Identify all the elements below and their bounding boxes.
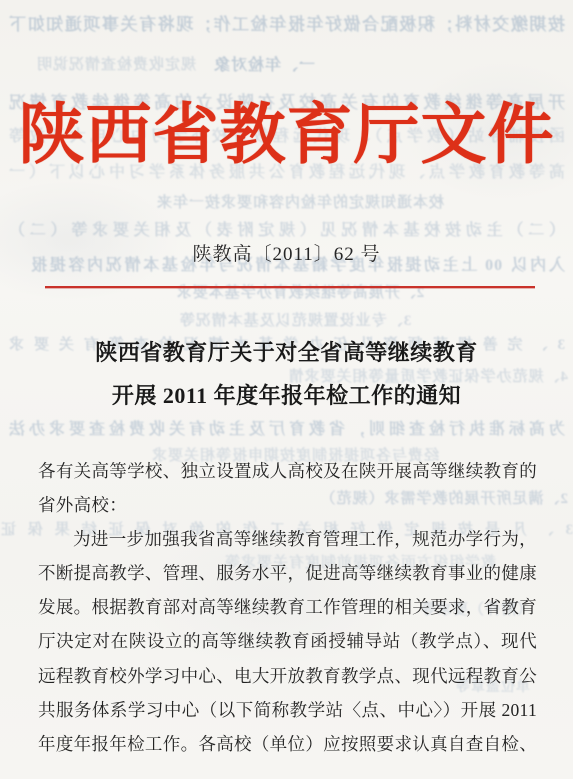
subject-title-line2: 开展 2011 年度年报年检工作的通知 <box>0 379 573 410</box>
body-line: 不断提高教学、管理、服务水平，促进高等继续教育事业的健康 <box>38 556 537 590</box>
document-body: 各有关高等学校、独立设置成人高校及在陕开展高等继续教育的 省外高校： 为进一步加… <box>38 454 537 761</box>
body-line: 年度年报年检工作。各高校（单位）应按照要求认真自查自检、 <box>38 727 537 761</box>
bleed-through-line: 一、年检对象 <box>208 52 320 75</box>
letterhead-title: 陕西省教育厅文件 <box>0 100 573 173</box>
body-line: 厅决定对在陕设立的高等继续教育函授辅导站（教学点）、现代 <box>38 624 537 658</box>
subject-title-line1: 陕西省教育厅关于对全省高等继续教育 <box>0 336 573 367</box>
document-number: 陕教高〔2011〕62 号 <box>0 239 573 266</box>
document-page: 按期缴交材料；积极配合做好年报年检工作；现将有关事项通知如下 规定收费检查情况说… <box>0 0 573 779</box>
bleed-through-line: 2、开展高等继续教育办学基本要求 <box>155 281 445 302</box>
body-line: 发展。根据教育部对高等继续教育工作管理的相关要求，省教育 <box>38 590 537 624</box>
bleed-through-line: （二）主动按校基本情况见（规定附表）及相关要求等（二） <box>8 217 565 240</box>
bleed-through-line: 为高标准执行检查细则，省教育厅及主动有关收费检查要求办法 <box>8 416 565 439</box>
body-line-salutation-2: 省外高校： <box>38 488 537 522</box>
bleed-through-line: 3、专业设置规范以及基本情况等 <box>130 309 460 330</box>
red-divider-rule <box>45 286 535 288</box>
body-line: 为进一步加强我省高等继续教育管理工作，规范办学行为， <box>38 522 537 556</box>
body-line-salutation-1: 各有关高等学校、独立设置成人高校及在陕开展高等继续教育的 <box>38 454 537 488</box>
body-line: 共服务体系学习中心（以下简称教学站〈点、中心〉）开展 2011 <box>38 693 537 727</box>
bleed-through-line: 按期缴交材料；积极配合做好年报年检工作；现将有关事项通知如下 <box>8 10 565 35</box>
bleed-through-line: 校本通知规定的年检内容和要求按一年来 <box>140 191 460 212</box>
bleed-through-line: 规定收费检查情况说明组织 <box>36 53 196 74</box>
body-line: 远程教育校外学习中心、电大开放教育教学点、现代远程教育公 <box>38 659 537 693</box>
